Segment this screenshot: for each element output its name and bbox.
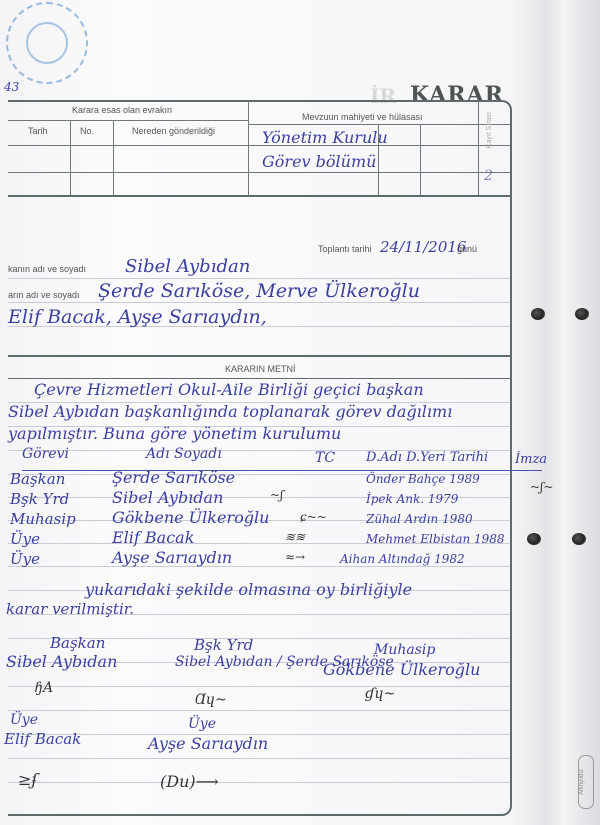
signature-scribble-icon: ≥ʄ xyxy=(18,770,37,789)
closing-line-2: karar verilmiştir. xyxy=(6,600,134,618)
chair-name: Sibel Aybıdan xyxy=(125,256,250,277)
subject-line-2: Görev bölümü xyxy=(262,152,376,171)
side-column-label: Kayıt Sırası xyxy=(486,112,493,148)
decision-line-3: yapılmıştır. Buna göre yönetim kurulumu xyxy=(8,424,341,443)
subject-label: Mevzuun mahiyeti ve hülasası xyxy=(302,112,423,122)
official-stamp-icon xyxy=(6,2,88,84)
signature-scribble-icon: ɕ~~ xyxy=(300,510,327,524)
subject-line-1: Yönetim Kurulu xyxy=(262,128,388,147)
margin-stamp: Altınyıldız xyxy=(578,755,594,809)
scanned-page: 43 İR KARAR Karara esas olan evrakın Mev… xyxy=(0,0,600,825)
decision-heading: KARARIN METNİ xyxy=(225,364,296,374)
meeting-day-suffix: günü xyxy=(457,244,477,254)
decision-line-2: Sibel Aybıdan başkanlığında toplanarak g… xyxy=(8,402,452,421)
col-no: No. xyxy=(80,126,94,136)
punch-hole-icon xyxy=(575,308,589,320)
signature-scribble-icon: (Du)⟶ xyxy=(160,772,219,791)
roster-header-signature: İmza xyxy=(515,452,547,467)
signature-scribble-icon: ɧA xyxy=(34,680,53,696)
signature-scribble-icon: ɠɥ~ xyxy=(365,686,395,702)
header-group-label: Karara esas olan evrakın xyxy=(72,105,172,115)
page-number: 43 xyxy=(4,80,19,94)
entry-number: 2 xyxy=(484,168,493,184)
closing-line-1: yukarıdaki şekilde olmasına oy birliğiyl… xyxy=(85,580,412,599)
signature-scribble-icon: Ɑɥ~ xyxy=(195,692,227,708)
punch-hole-icon xyxy=(572,533,586,545)
punch-hole-icon xyxy=(527,533,541,545)
chair-label: kanın adı ve soyadı xyxy=(8,264,86,274)
members-line-2: Elif Bacak, Ayşe Sarıaydın, xyxy=(8,306,267,328)
members-line-1: Şerde Sarıköse, Merve Ülkeroğlu xyxy=(98,280,420,302)
col-nereden: Nereden gönderildiği xyxy=(132,126,215,136)
col-tarih: Tarih xyxy=(28,126,48,136)
signature-scribble-icon: ≋≋ xyxy=(285,530,305,544)
roster-header-birth: D.Adı D.Yeri Tarihi xyxy=(366,450,488,465)
roster-header-name: Adı Soyadı xyxy=(146,446,222,462)
roster-header-tc: TC xyxy=(315,450,335,466)
members-label: arın adı ve soyadı xyxy=(8,290,80,300)
signature-scribble-icon: ~ʃ~ xyxy=(530,480,553,494)
roster-header-role: Görevi xyxy=(22,446,69,462)
meeting-date-label: Toplantı tarihi xyxy=(318,244,372,254)
decision-line-1: Çevre Hizmetleri Okul-Aile Birliği geçic… xyxy=(34,380,424,399)
punch-hole-icon xyxy=(531,308,545,320)
signature-scribble-icon: ~ʃ xyxy=(270,488,283,502)
meeting-date-value: 24/11/2016 xyxy=(380,238,466,256)
signature-scribble-icon: ≈→ xyxy=(285,550,305,564)
